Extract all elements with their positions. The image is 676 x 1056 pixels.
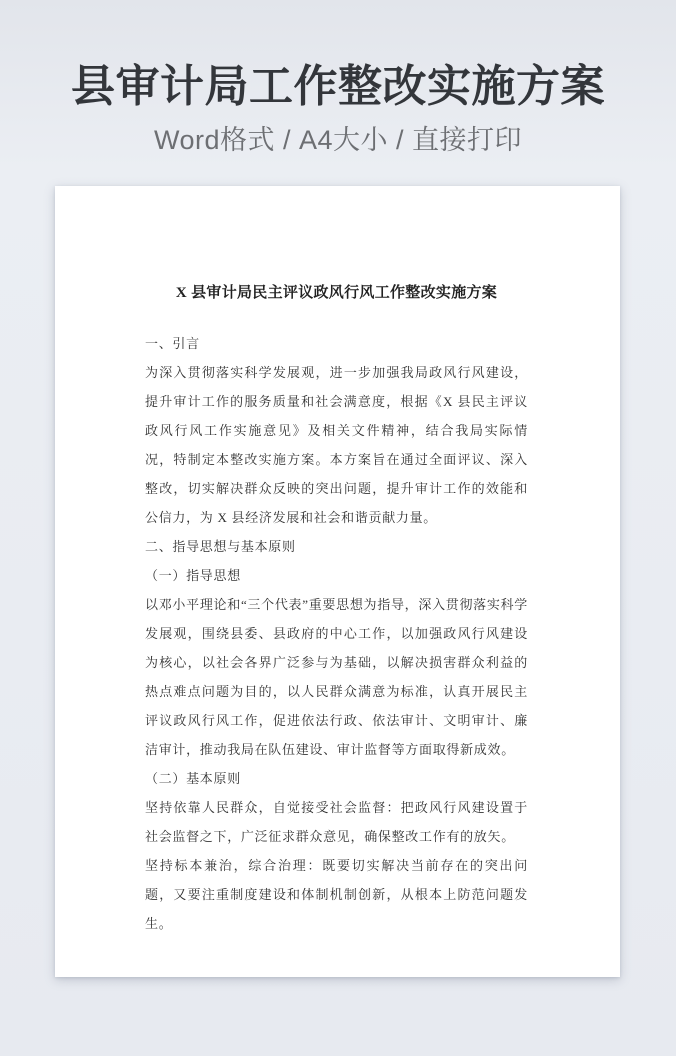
document-paragraph: 以邓小平理论和“三个代表”重要思想为指导，深入贯彻落实科学发展观，围绕县委、县政… — [145, 590, 528, 764]
document-paragraph: 坚持依靠人民群众，自觉接受社会监督：把政风行风建设置于社会监督之下，广泛征求群众… — [145, 793, 528, 851]
document-subsection-heading: （一）指导思想 — [145, 561, 528, 590]
document-paragraph: 为深入贯彻落实科学发展观，进一步加强我局政风行风建设，提升审计工作的服务质量和社… — [145, 358, 528, 532]
page-title: 县审计局工作整改实施方案 — [0, 62, 676, 112]
document-section-heading: 一、引言 — [145, 329, 528, 358]
document-subsection-heading: （二）基本原则 — [145, 764, 528, 793]
template-preview: 县审计局工作整改实施方案 Word格式 / A4大小 / 直接打印 X 县审计局… — [0, 0, 676, 1056]
preview-header: 县审计局工作整改实施方案 Word格式 / A4大小 / 直接打印 — [0, 0, 676, 156]
document-paragraph: 坚持标本兼治，综合治理：既要切实解决当前存在的突出问题，又要注重制度建设和体制机… — [145, 851, 528, 938]
page-subtitle: Word格式 / A4大小 / 直接打印 — [0, 124, 676, 156]
document-title: X 县审计局民主评议政风行风工作整改实施方案 — [145, 282, 528, 304]
document-section-heading: 二、指导思想与基本原则 — [145, 532, 528, 561]
document-page: X 县审计局民主评议政风行风工作整改实施方案 一、引言 为深入贯彻落实科学发展观… — [55, 186, 620, 977]
